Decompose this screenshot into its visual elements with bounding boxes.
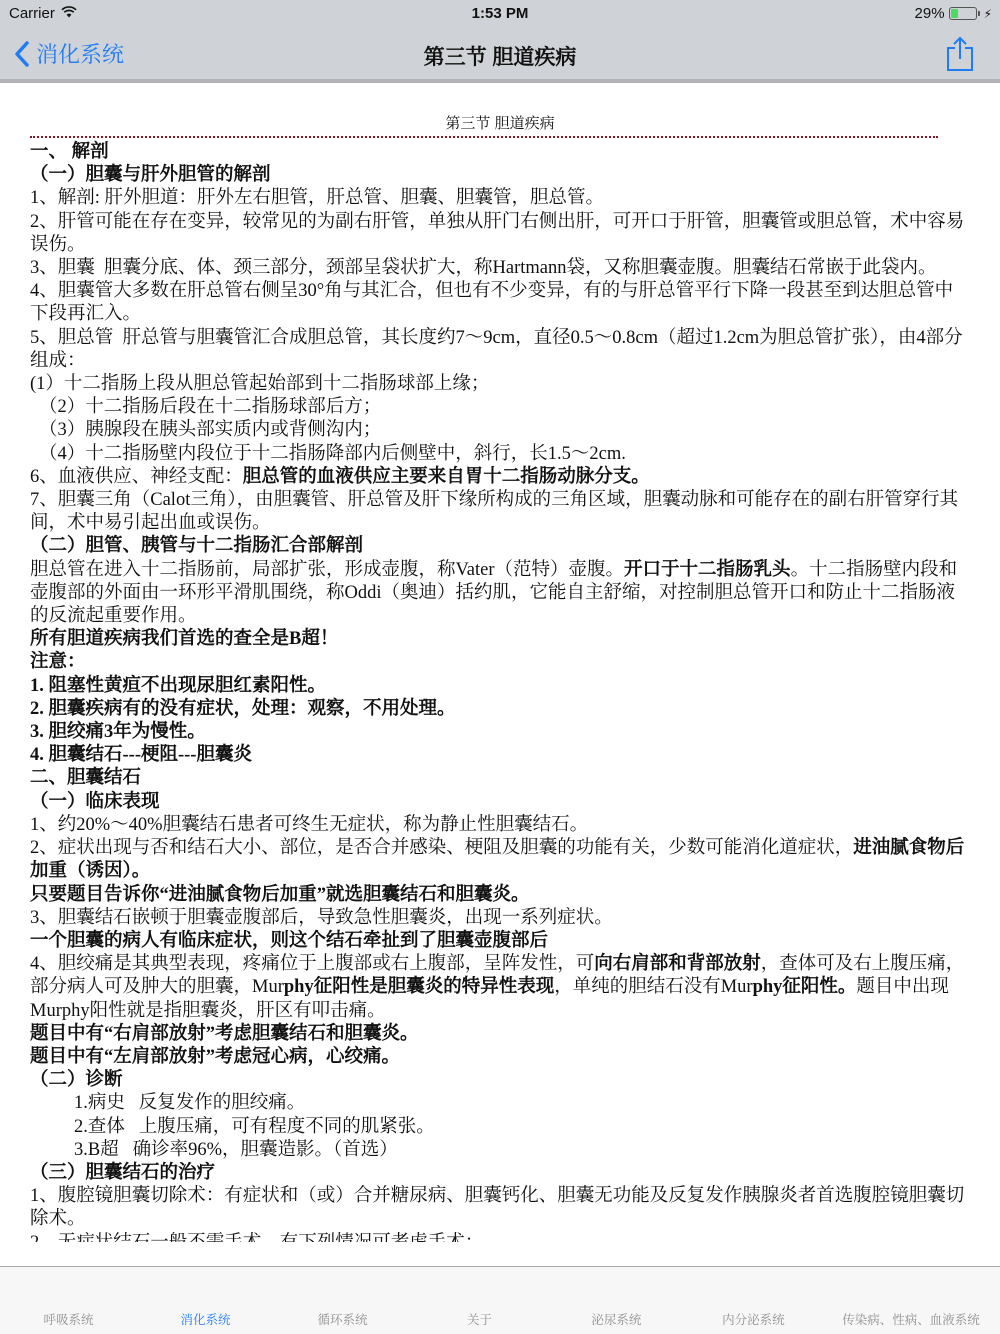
tab-bar: 呼吸系统 消化系统 循环系统 关于 泌尿系统 内分泌系统 传染病、性病、血液系统 [0, 1266, 1000, 1334]
document-title: 第三节 胆道疾病 [0, 112, 1000, 133]
tab-label: 关于 [467, 1313, 492, 1327]
back-button-label: 消化系统 [36, 38, 124, 69]
document-line: 二、胆囊结石 [30, 767, 970, 790]
tab-respiratory[interactable]: 呼吸系统 [0, 1310, 137, 1334]
document-line: 只要题目告诉你“进油腻食物后加重”就选胆囊结石和胆囊炎。 [30, 884, 970, 907]
document-line: 3.B超 确诊率96%，胆囊造影。（首选） [30, 1139, 970, 1162]
tab-label: 内分泌系统 [722, 1313, 785, 1327]
document-line: 3、胆囊结石嵌顿于胆囊壶腹部后，导致急性胆囊炎，出现一系列症状。 [30, 907, 970, 930]
document-line: 3. 胆绞痛3年为慢性。 [30, 721, 970, 744]
document-line: 3、胆囊 胆囊分底、体、颈三部分，颈部呈袋状扩大，称Hartmann袋，又称胆囊… [30, 257, 970, 280]
tab-label: 消化系统 [180, 1313, 230, 1327]
tab-label: 循环系统 [317, 1313, 367, 1327]
document-line: 1、腹腔镜胆囊切除术：有症状和（或）合并糖尿病、胆囊钙化、胆囊无功能及反复发作胰… [30, 1185, 970, 1231]
document-line: 1. 阻塞性黄疸不出现尿胆红素阳性。 [30, 675, 970, 698]
document-line: （3）胰腺段在胰头部实质内或背侧沟内； [30, 419, 970, 442]
document-line: 注意： [30, 651, 970, 674]
tab-infectious-blood[interactable]: 传染病、性病、血液系统 [822, 1310, 1000, 1334]
document-line: 一、 解剖 [30, 141, 970, 164]
document-line: （二）诊断 [30, 1069, 970, 1092]
document-line: 1、约20%～40%胆囊结石患者可终生无症状，称为静止性胆囊结石。 [30, 814, 970, 837]
share-icon [946, 36, 974, 72]
document-line: 4、胆绞痛是其典型表现，疼痛位于上腹部或右上腹部，呈阵发性，可向右肩部和背部放射… [30, 953, 970, 1023]
document-line: 2. 胆囊疾病有的没有症状，处理：观察，不用处理。 [30, 698, 970, 721]
document-line: 1.病史 反复发作的胆绞痛。 [30, 1092, 970, 1115]
document-line: (1）十二指肠上段从胆总管起始部到十二指肠球部上缘； [30, 373, 970, 396]
document-line: 7、胆囊三角（Calot三角），由胆囊管、肝总管及肝下缘所构成的三角区域，胆囊动… [30, 489, 970, 535]
back-button[interactable]: 消化系统 [14, 38, 124, 69]
chevron-left-icon [14, 40, 30, 68]
tab-label: 呼吸系统 [43, 1313, 93, 1327]
status-time: 1:53 PM [0, 5, 1000, 22]
tab-about[interactable]: 关于 [411, 1310, 548, 1334]
title-divider [30, 136, 938, 138]
document-line: 2.查体 上腹压痛，可有程度不同的肌紧张。 [30, 1116, 970, 1139]
document-line: （一）胆囊与肝外胆管的解剖 [30, 164, 970, 187]
tab-urinary[interactable]: 泌尿系统 [548, 1310, 685, 1334]
battery-icon [949, 7, 977, 20]
document-line: 题目中有“右肩部放射”考虑胆囊结石和胆囊炎。 [30, 1023, 970, 1046]
document-line: 5、胆总管 肝总管与胆囊管汇合成胆总管，其长度约7～9cm，直径0.5～0.8c… [30, 327, 970, 373]
document-line: （二）胆管、胰管与十二指肠汇合部解剖 [30, 535, 970, 558]
document-body: 一、 解剖（一）胆囊与肝外胆管的解剖1、解剖: 肝外胆道：肝外左右胆管，肝总管、… [30, 141, 970, 1242]
document-line: （一）临床表现 [30, 791, 970, 814]
page-title: 第三节 胆道疾病 [0, 41, 1000, 71]
document-line: （2）十二指肠后段在十二指肠球部后方； [30, 396, 970, 419]
document-line: （4）十二指肠壁内段位于十二指肠降部内后侧壁中，斜行，长1.5～2cm. [30, 443, 970, 466]
tab-label: 泌尿系统 [591, 1313, 641, 1327]
document-line: 所有胆道疾病我们首选的查全是B超！ [30, 628, 970, 651]
navigation-bar: 消化系统 第三节 胆道疾病 [0, 28, 1000, 83]
status-bar: Carrier 1:53 PM 29% ⚡ [0, 0, 1000, 28]
document-line: 4. 胆囊结石---梗阻---胆囊炎 [30, 744, 970, 767]
document-line: 4、胆囊管大多数在肝总管右侧呈30°角与其汇合，但也有不少变异，有的与肝总管平行… [30, 280, 970, 326]
document-line: 6、血液供应、神经支配：胆总管的血液供应主要来自胃十二指肠动脉分支。 [30, 466, 970, 489]
document-line: 一个胆囊的病人有临床症状，则这个结石牵扯到了胆囊壶腹部后 [30, 930, 970, 953]
tab-digestive[interactable]: 消化系统 [137, 1310, 274, 1334]
document-content[interactable]: 第三节 胆道疾病 一、 解剖（一）胆囊与肝外胆管的解剖1、解剖: 肝外胆道：肝外… [0, 87, 1000, 1267]
charging-bolt-icon: ⚡ [984, 7, 992, 21]
document-line: （三）胆囊结石的治疗 [30, 1162, 970, 1185]
document-line: 题目中有“左肩部放射”考虑冠心病，心绞痛。 [30, 1046, 970, 1069]
tab-endocrine[interactable]: 内分泌系统 [685, 1310, 822, 1334]
tab-label: 传染病、性病、血液系统 [842, 1313, 980, 1327]
document-line: 2、症状出现与否和结石大小、部位，是否合并感染、梗阻及胆囊的功能有关，少数可能消… [30, 837, 970, 883]
battery-percent: 29% [915, 5, 945, 22]
document-line: 2、肝管可能在存在变异，较常见的为副右肝管，单独从肝门右侧出肝，可开口于肝管，胆… [30, 211, 970, 257]
status-right: 29% ⚡ [915, 5, 992, 22]
document-line: 胆总管在进入十二指肠前，局部扩张，形成壶腹，称Vater（范特）壶腹。开口于十二… [30, 559, 970, 629]
document-line: 1、解剖: 肝外胆道：肝外左右胆管，肝总管、胆囊、胆囊管，胆总管。 [30, 187, 970, 210]
document-line: 2、无症状结石一般不需手术，有下列情况可考虑手术： [30, 1232, 970, 1242]
share-button[interactable] [946, 36, 974, 77]
tab-circulatory[interactable]: 循环系统 [274, 1310, 411, 1334]
